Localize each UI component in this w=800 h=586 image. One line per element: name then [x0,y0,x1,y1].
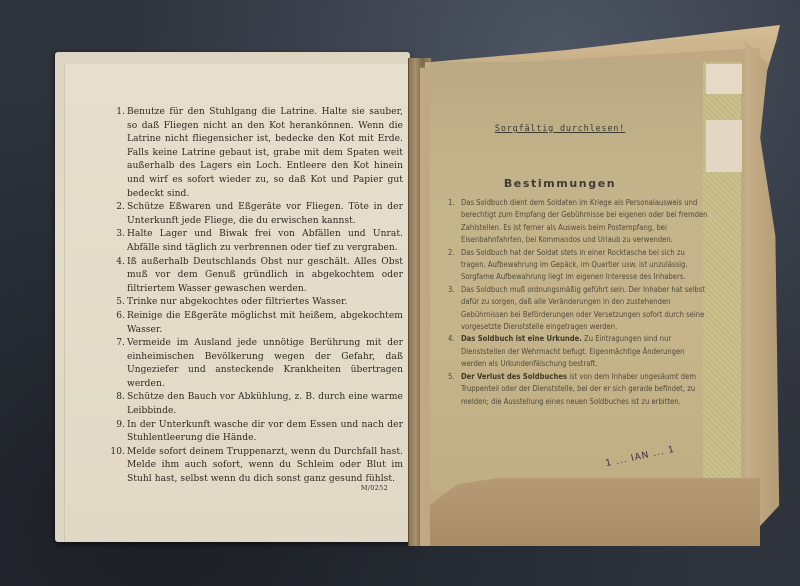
regulations-title: Bestimmungen [430,177,690,190]
rule-item: 2.Schütze Eßwaren und Eßgeräte vor Flieg… [113,201,403,228]
rule-item: 3.Halte Lager und Biwak frei von Abfälle… [113,228,403,255]
regulation-item: 3.Das Soldbuch muß ordnungsmäßig geführt… [452,284,710,334]
rule-item: 9.In der Unterkunft wasche dir vor dem E… [113,419,403,446]
left-page-sheet: 1.Benutze für den Stuhlgang die Latrine.… [64,64,410,542]
hygiene-rules-list: 1.Benutze für den Stuhlgang die Latrine.… [113,106,403,487]
tape-patch [706,64,742,94]
regulation-item: 2.Das Soldbuch hat der Soldat stets in e… [452,247,710,284]
regulations-list: 1.Das Soldbuch dient dem Soldaten im Kri… [452,197,710,408]
rule-item: 10.Melde sofort deinem Truppenarzt, wenn… [113,446,403,487]
form-code: M/0252 [361,484,388,492]
regulation-item: 5.Der Verlust des Soldbuches ist von dem… [452,371,710,408]
rule-item: 4.Iß außerhalb Deutschlands Obst nur ges… [113,256,403,297]
cover-flap-bottom [430,478,760,546]
tape-patch [706,120,742,172]
regulation-item: 4.Das Soldbuch ist eine Urkunde. Zu Eint… [452,333,710,370]
read-carefully-heading: Sorgfältig durchlesen! [430,124,690,134]
rule-item: 8.Schütze den Bauch vor Abkühlung, z. B.… [113,391,403,418]
rule-item: 5.Trinke nur abgekochtes oder filtrierte… [113,296,403,310]
rule-item: 6.Reinige die Eßgeräte möglichst mit hei… [113,310,403,337]
regulation-item: 1.Das Soldbuch dient dem Soldaten im Kri… [452,197,710,247]
left-page: 1.Benutze für den Stuhlgang die Latrine.… [55,52,410,542]
rule-item: 1.Benutze für den Stuhlgang die Latrine.… [113,106,403,201]
rule-item: 7.Vermeide im Ausland jede unnötige Berü… [113,337,403,391]
